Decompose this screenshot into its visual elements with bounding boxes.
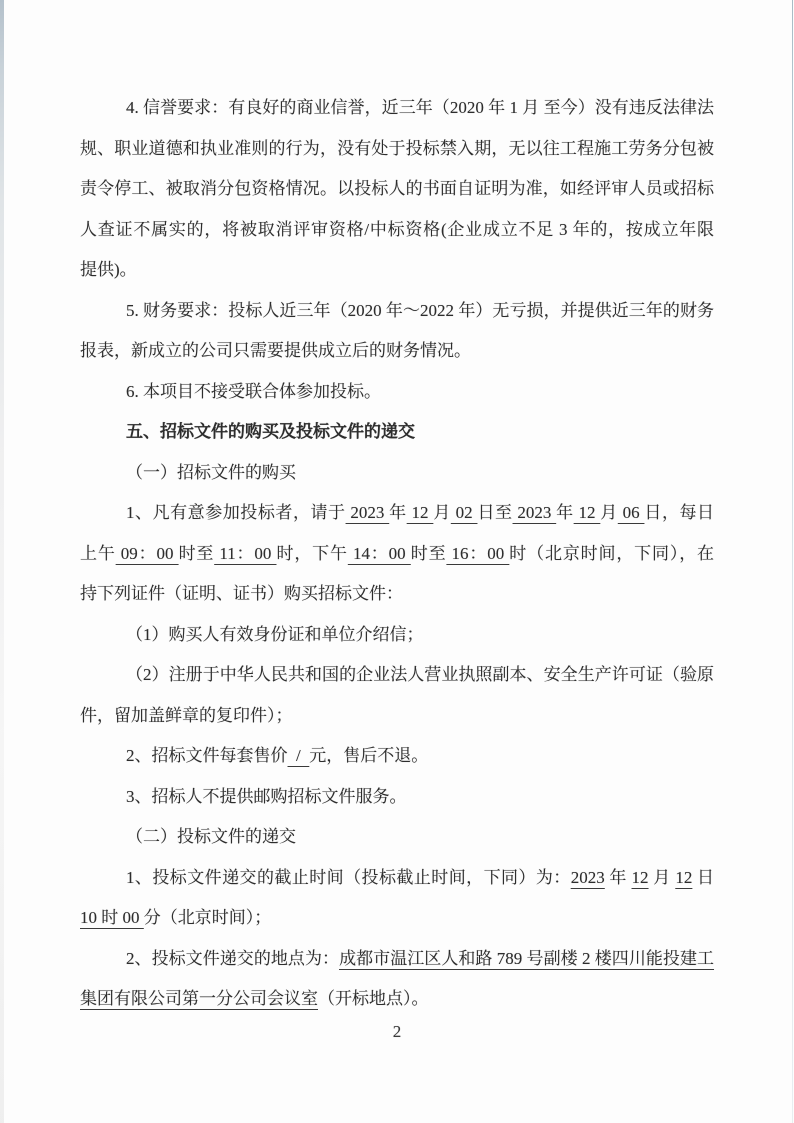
clause-4-reputation: 4. 信誉要求：有良好的商业信誉，近三年（2020 年 1 月 至今）没有违反法… <box>80 88 714 291</box>
text-line: 提供)。 <box>80 250 714 291</box>
text-segment: 上午 <box>80 544 116 563</box>
text-line: 集团有限公司第一分公司会议室（开标地点）。 <box>80 979 714 1020</box>
text-segment: 报表，新成立的公司只需要提供成立后的财务情况。 <box>80 341 471 360</box>
text-segment: 时（北京时间，下同），在 <box>509 544 714 563</box>
text-segment: （1）购买人有效身份证和单位介绍信； <box>126 625 424 644</box>
text-segment: 日 <box>692 868 714 887</box>
subsection-2-submission-heading: （二）投标文件的递交 <box>80 817 714 858</box>
underlined-field: 12 <box>407 503 434 522</box>
text-segment: （开标地点）。 <box>318 989 429 1008</box>
text-segment: 6. 本项目不接受联合体参加投标。 <box>126 382 381 401</box>
text-line: 规、职业道德和执业准则的行为，没有处于投标禁入期，无以往工程施工劳务分包被 <box>80 129 714 170</box>
underlined-field: 集团有限公司第一分公司会议室 <box>80 989 318 1008</box>
text-segment: 时至 <box>179 544 215 563</box>
text-segment: 年 <box>389 503 407 522</box>
text-segment: 3、招标人不提供邮购招标文件服务。 <box>126 787 407 806</box>
text-segment: 五、招标文件的购买及投标文件的递交 <box>126 422 415 441</box>
text-segment: 4. 信誉要求：有良好的商业信誉，近三年（2020 年 1 月 至今）没有违反法… <box>126 98 714 117</box>
purchase-item-1-schedule: 1、凡有意参加投标者，请于 2023 年 12 月 02 日至 2023 年 1… <box>80 493 714 615</box>
purchase-item-3-no-mail: 3、招标人不提供邮购招标文件服务。 <box>80 777 714 818</box>
underlined-field: 2023 <box>571 868 605 887</box>
text-line: 报表，新成立的公司只需要提供成立后的财务情况。 <box>80 331 714 372</box>
text-line: 件，留加盖鲜章的复印件）； <box>80 696 714 737</box>
text-segment: 责令停工、被取消分包资格情况。以投标人的书面自证明为准，如经评审人员或招标 <box>80 179 714 198</box>
text-line: 4. 信誉要求：有良好的商业信誉，近三年（2020 年 1 月 至今）没有违反法… <box>80 88 714 129</box>
text-segment: 日至 <box>477 503 512 522</box>
text-line: 五、招标文件的购买及投标文件的递交 <box>80 412 714 453</box>
underlined-field: 成都市温江区人和路 789 号副楼 2 楼四川能投建工 <box>339 949 714 968</box>
text-segment: 提供)。 <box>80 260 137 279</box>
purchase-credential-2: （2）注册于中华人民共和国的企业法人营业执照副本、安全生产许可证（验原件，留加盖… <box>80 655 714 736</box>
text-segment: 2、投标文件递交的地点为： <box>126 949 339 968</box>
text-segment: 年 <box>605 868 632 887</box>
underlined-field: 12 <box>675 868 692 887</box>
text-segment: 2、招标文件每套售价 <box>126 746 288 765</box>
purchase-item-2-price: 2、招标文件每套售价 / 元，售后不退。 <box>80 736 714 777</box>
text-segment: 5. 财务要求：投标人近三年（2020 年～2022 年）无亏损，并提供近三年的… <box>126 301 714 320</box>
text-line: 3、招标人不提供邮购招标文件服务。 <box>80 777 714 818</box>
subsection-1-purchase-heading: （一）招标文件的购买 <box>80 453 714 494</box>
underlined-field: 12 <box>574 503 601 522</box>
text-segment: 年 <box>556 503 574 522</box>
underlined-field: 10 时 00 <box>80 908 144 927</box>
underlined-field: 09：00 <box>116 544 179 563</box>
text-line: 上午 09：00 时至 11：00 时，下午 14：00 时至 16：00 时（… <box>80 534 714 575</box>
underlined-field: 2023 <box>346 503 390 522</box>
underlined-field: 2023 <box>513 503 557 522</box>
text-segment: 月 <box>600 503 618 522</box>
submission-item-2-location: 2、投标文件递交的地点为：成都市温江区人和路 789 号副楼 2 楼四川能投建工… <box>80 939 714 1020</box>
text-line: 人查证不属实的，将被取消评审资格/中标资格(企业成立不足 3 年的，按成立年限 <box>80 210 714 251</box>
section-5-heading: 五、招标文件的购买及投标文件的递交 <box>80 412 714 453</box>
clause-6-no-consortium: 6. 本项目不接受联合体参加投标。 <box>80 372 714 413</box>
text-line: （2）注册于中华人民共和国的企业法人营业执照副本、安全生产许可证（验原 <box>80 655 714 696</box>
underlined-field: / <box>288 746 310 765</box>
underlined-field: 14：00 <box>348 544 411 563</box>
text-segment: 元，售后不退。 <box>309 746 428 765</box>
text-line: （一）招标文件的购买 <box>80 453 714 494</box>
text-segment: （2）注册于中华人民共和国的企业法人营业执照副本、安全生产许可证（验原 <box>126 665 714 684</box>
text-segment: 分（北京时间）； <box>144 908 272 927</box>
text-segment: 日，每日 <box>644 503 714 522</box>
underlined-field: 16：00 <box>446 544 509 563</box>
text-segment: （一）招标文件的购买 <box>126 463 296 482</box>
clause-5-financial: 5. 财务要求：投标人近三年（2020 年～2022 年）无亏损，并提供近三年的… <box>80 291 714 372</box>
text-segment: （二）投标文件的递交 <box>126 827 296 846</box>
purchase-credential-1: （1）购买人有效身份证和单位介绍信； <box>80 615 714 656</box>
text-line: （1）购买人有效身份证和单位介绍信； <box>80 615 714 656</box>
page-number: 2 <box>0 1018 794 1046</box>
text-segment: 1、凡有意参加投标者，请于 <box>126 503 346 522</box>
text-line: （二）投标文件的递交 <box>80 817 714 858</box>
document-body: 4. 信誉要求：有良好的商业信誉，近三年（2020 年 1 月 至今）没有违反法… <box>80 88 714 1020</box>
text-line: 10 时 00 分（北京时间）； <box>80 898 714 939</box>
scanned-document-page: 4. 信誉要求：有良好的商业信誉，近三年（2020 年 1 月 至今）没有违反法… <box>0 0 794 1123</box>
underlined-field: 02 <box>451 503 478 522</box>
scan-edge-artifact-left <box>0 0 4 1123</box>
underlined-field: 11：00 <box>214 544 276 563</box>
text-line: 2、招标文件每套售价 / 元，售后不退。 <box>80 736 714 777</box>
text-segment: 时，下午 <box>276 544 347 563</box>
text-line: 1、凡有意参加投标者，请于 2023 年 12 月 02 日至 2023 年 1… <box>80 493 714 534</box>
underlined-field: 12 <box>632 868 649 887</box>
underlined-field: 06 <box>618 503 645 522</box>
text-line: 5. 财务要求：投标人近三年（2020 年～2022 年）无亏损，并提供近三年的… <box>80 291 714 332</box>
submission-item-1-deadline: 1、投标文件递交的截止时间（投标截止时间，下同）为：2023 年 12 月 12… <box>80 858 714 939</box>
text-segment: 1、投标文件递交的截止时间（投标截止时间，下同）为： <box>126 868 571 887</box>
text-segment: 时至 <box>411 544 447 563</box>
text-line: 6. 本项目不接受联合体参加投标。 <box>80 372 714 413</box>
scan-edge-artifact-right <box>792 0 793 1123</box>
text-segment: 规、职业道德和执业准则的行为，没有处于投标禁入期，无以往工程施工劳务分包被 <box>80 139 714 158</box>
text-line: 1、投标文件递交的截止时间（投标截止时间，下同）为：2023 年 12 月 12… <box>80 858 714 899</box>
text-segment: 持下列证件（证明、证书）购买招标文件： <box>80 584 403 603</box>
text-line: 2、投标文件递交的地点为：成都市温江区人和路 789 号副楼 2 楼四川能投建工 <box>80 939 714 980</box>
text-segment: 人查证不属实的，将被取消评审资格/中标资格(企业成立不足 3 年的，按成立年限 <box>80 220 714 239</box>
text-segment: 月 <box>433 503 451 522</box>
text-segment: 件，留加盖鲜章的复印件）； <box>80 706 293 725</box>
text-line: 责令停工、被取消分包资格情况。以投标人的书面自证明为准，如经评审人员或招标 <box>80 169 714 210</box>
text-line: 持下列证件（证明、证书）购买招标文件： <box>80 574 714 615</box>
text-segment: 月 <box>649 868 676 887</box>
